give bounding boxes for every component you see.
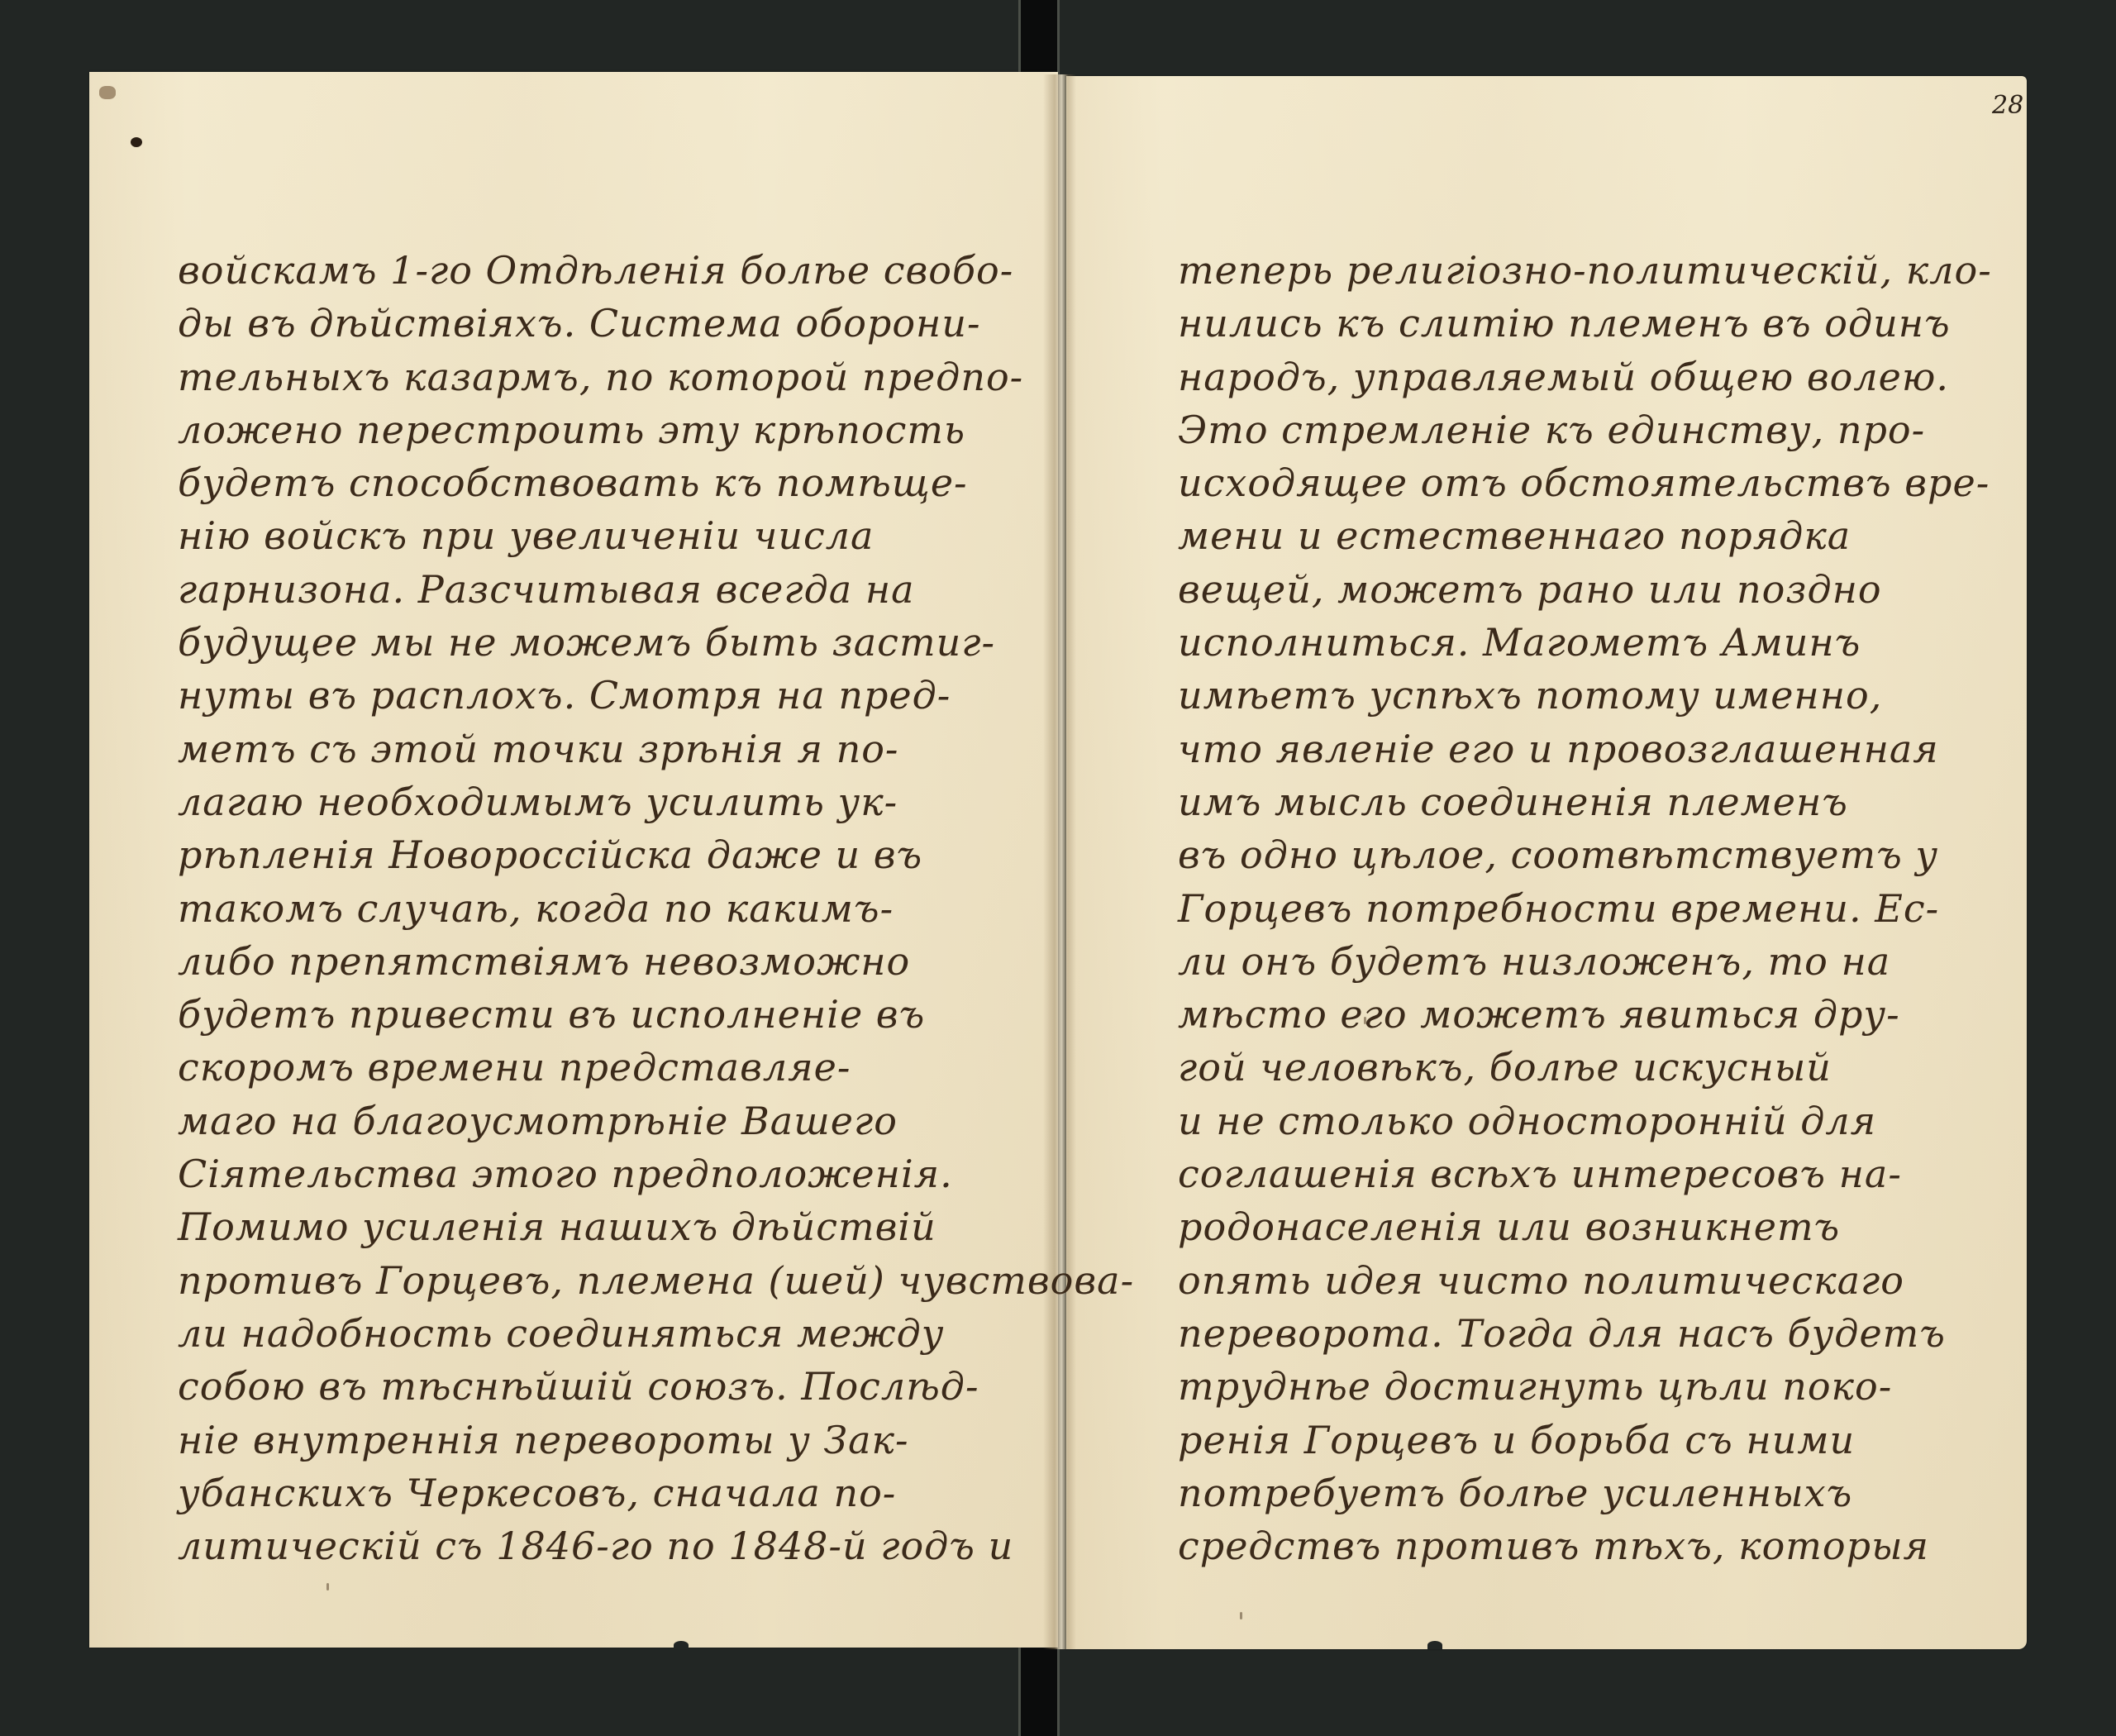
- manuscript-line: ренія Горцевъ и борьба съ ними: [1178, 1414, 2029, 1467]
- manuscript-line: Это стремленіе къ единству, про-: [1178, 403, 2029, 456]
- manuscript-line: въ одно цѣлое, соотвѣтствуетъ у: [1178, 828, 2029, 881]
- manuscript-line: маго на благоусмотрѣніе Вашего: [178, 1095, 1037, 1147]
- manuscript-line: нію войскъ при увеличеніи числа: [178, 509, 1037, 562]
- manuscript-line: вещей, можетъ рано или поздно: [1178, 563, 2029, 616]
- manuscript-line: теперь религіозно-политическій, кло-: [1178, 244, 2029, 297]
- paper-speck: [326, 1583, 329, 1591]
- manuscript-line: имѣетъ успѣхъ потому именно,: [1178, 669, 2029, 722]
- manuscript-line: потребуетъ болѣе усиленныхъ: [1178, 1467, 2029, 1519]
- manuscript-line: ніе внутреннія перевороты у Зак-: [178, 1414, 1037, 1467]
- manuscript-line: убанскихъ Черкесовъ, сначала по-: [178, 1467, 1037, 1519]
- manuscript-line: метъ съ этой точки зрѣнія я по-: [178, 723, 1037, 775]
- manuscript-line: мѣсто его можетъ явиться дру-: [1178, 988, 2029, 1041]
- manuscript-line: противъ Горцевъ, племена (шей) чувствова…: [178, 1254, 1037, 1307]
- paper-speck: [1240, 1612, 1242, 1619]
- left-page-text: войскамъ 1-го Отдѣленія болѣе свобо- ды …: [178, 244, 1037, 1572]
- manuscript-line: скоромъ времени представляе-: [178, 1041, 1037, 1094]
- manuscript-line: соглашенія всѣхъ интересовъ на-: [1178, 1147, 2029, 1200]
- manuscript-line: ли онъ будетъ низложенъ, то на: [1178, 935, 2029, 988]
- manuscript-line: литическій съ 1846-го по 1848-й годъ и: [178, 1519, 1037, 1572]
- manuscript-line: и не столько односторонній для: [1178, 1095, 2029, 1147]
- manuscript-line: родонаселенія или возникнетъ: [1178, 1200, 2029, 1253]
- manuscript-line: нились къ слитію племенъ въ одинъ: [1178, 297, 2029, 350]
- manuscript-line: опять идея чисто политическаго: [1178, 1254, 2029, 1307]
- manuscript-line: труднѣе достигнуть цѣли поко-: [1178, 1360, 2029, 1413]
- manuscript-line: будущее мы не можемъ быть застиг-: [178, 616, 1037, 669]
- ink-blot: [131, 137, 142, 147]
- manuscript-line: ложено перестроить эту крѣпость: [178, 403, 1037, 456]
- page-notch: [1427, 1641, 1442, 1649]
- manuscript-line: исполниться. Магометъ Аминъ: [1178, 616, 2029, 669]
- right-page-text: теперь религіозно-политическій, кло- нил…: [1178, 244, 2029, 1572]
- manuscript-line: народъ, управляемый общею волею.: [1178, 351, 2029, 403]
- manuscript-line: средствъ противъ тѣхъ, которыя: [1178, 1519, 2029, 1572]
- manuscript-line: имъ мысль соединенія племенъ: [1178, 775, 2029, 828]
- manuscript-line: собою въ тѣснѣйшій союзъ. Послѣд-: [178, 1360, 1037, 1413]
- manuscript-line: гарнизона. Разсчитывая всегда на: [178, 563, 1037, 616]
- manuscript-line: будетъ способствовать къ помѣще-: [178, 456, 1037, 509]
- manuscript-line: рѣпленія Новороссійска даже и въ: [178, 828, 1037, 881]
- manuscript-line: такомъ случаѣ, когда по какимъ-: [178, 882, 1037, 935]
- manuscript-line: войскамъ 1-го Отдѣленія болѣе свобо-: [178, 244, 1037, 297]
- manuscript-line: будетъ привести въ исполненіе въ: [178, 988, 1037, 1041]
- manuscript-line: тельныхъ казармъ, по которой предпо-: [178, 351, 1037, 403]
- manuscript-line: лагаю необходимымъ усилить ук-: [178, 775, 1037, 828]
- manuscript-line: гой человѣкъ, болѣе искусный: [1178, 1041, 2029, 1094]
- manuscript-line: ли надобность соединяться между: [178, 1307, 1037, 1360]
- manuscript-line: переворота. Тогда для насъ будетъ: [1178, 1307, 2029, 1360]
- manuscript-line: что явленіе его и провозглашенная: [1178, 723, 2029, 775]
- folio-number: 28: [1992, 91, 2023, 120]
- page-notch: [674, 1641, 689, 1649]
- manuscript-line: нуты въ расплохъ. Смотря на пред-: [178, 669, 1037, 722]
- manuscript-line: исходящее отъ обстоятельствъ вре-: [1178, 456, 2029, 509]
- book-gutter: [1043, 74, 1076, 1649]
- manuscript-line: Помимо усиленія нашихъ дѣйствій: [178, 1200, 1037, 1253]
- manuscript-line: либо препятствіямъ невозможно: [178, 935, 1037, 988]
- manuscript-line: Сіятельства этого предположенія.: [178, 1147, 1037, 1200]
- manuscript-line: Горцевъ потребности времени. Ес-: [1178, 882, 2029, 935]
- manuscript-line: мени и естественнаго порядка: [1178, 509, 2029, 562]
- manuscript-line: ды въ дѣйствіяхъ. Система оборони-: [178, 297, 1037, 350]
- stain-mark: [99, 86, 116, 99]
